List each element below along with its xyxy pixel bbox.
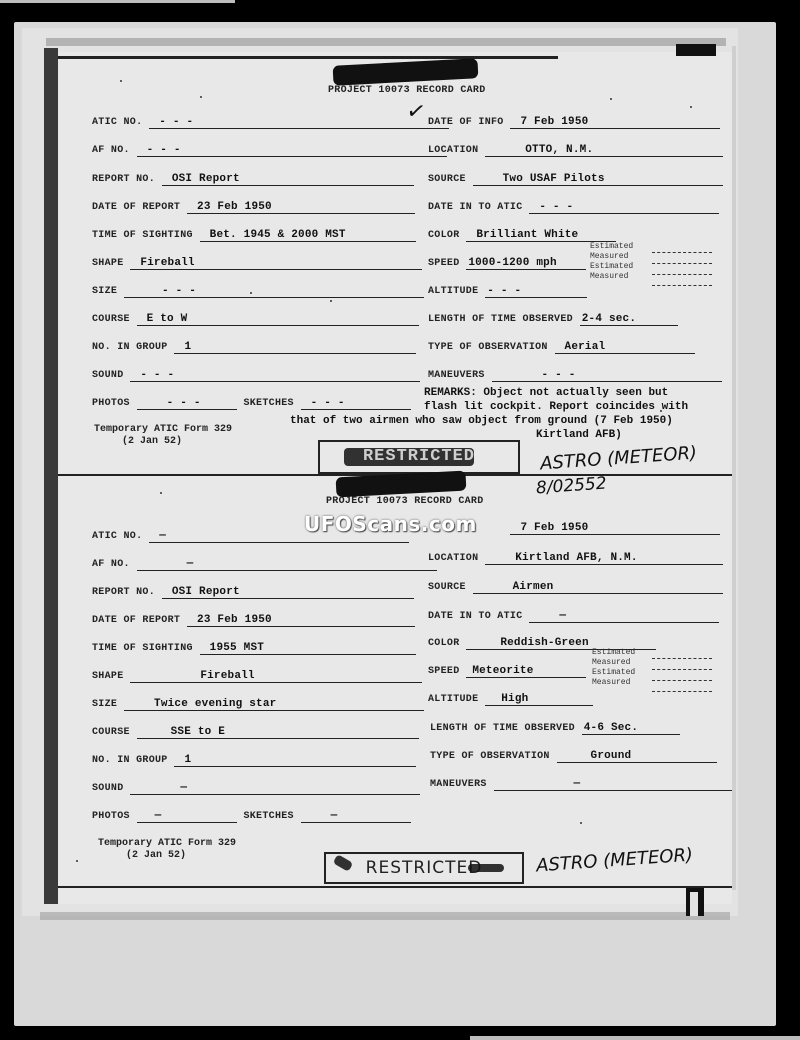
scan-speck: [250, 292, 252, 294]
qualifier-label: Estimated: [590, 242, 633, 252]
project-title: PROJECT 10073 RECORD CARD: [328, 85, 486, 96]
field-value: - - -: [147, 397, 201, 409]
field-label: SIZE: [92, 699, 117, 710]
form-identifier: Temporary ATIC Form 329 (2 Jan 52): [98, 838, 236, 862]
field-value: —: [311, 810, 338, 822]
field-course: COURSE SSE to E: [92, 726, 419, 739]
restricted-stamp: RESTRICTED: [318, 440, 520, 474]
field-altitude: ALTITUDE High: [428, 693, 593, 706]
field-label: MANEUVERS: [430, 779, 487, 790]
remarks-line: Object not actually seen but: [483, 387, 668, 399]
field-value: Brilliant White: [476, 229, 578, 241]
binding-edge: [44, 48, 58, 904]
field-label: ALTITUDE: [428, 694, 478, 705]
top-rule: [58, 56, 558, 59]
project-title: PROJECT 10073 RECORD CARD: [326, 496, 484, 507]
field-source: SOURCE Two USAF Pilots: [428, 173, 723, 186]
field-label: REPORT NO.: [92, 587, 155, 598]
form-date: (2 Jan 52): [98, 850, 236, 862]
field-value: 7 Feb 1950: [520, 522, 588, 534]
scan-speck: [580, 822, 582, 824]
field-value: —: [147, 558, 194, 570]
field-shape: SHAPE Fireball: [92, 670, 422, 683]
field-date-in-to-atic: DATE IN TO ATIC —: [428, 610, 719, 623]
card-bottom-rule: [58, 886, 732, 888]
qualifier-label: Measured: [592, 678, 635, 688]
scan-speck: [660, 410, 662, 412]
scan-speck: [690, 106, 692, 108]
field-label: SPEED: [428, 258, 460, 269]
bottom-tab: [686, 886, 704, 916]
field-date-of-report: DATE OF REPORT 23 Feb 1950: [92, 201, 415, 214]
field-atic-no: ATIC NO. - - -: [92, 116, 449, 129]
field-photos: PHOTOS — SKETCHES —: [92, 810, 411, 823]
field-value: 2-4 sec.: [582, 313, 636, 325]
qualifier-label: Measured: [592, 658, 635, 668]
field-value: 1955 MST: [210, 642, 264, 654]
field-label: DATE IN TO ATIC: [428, 611, 523, 622]
field-location: LOCATION Kirtland AFB, N.M.: [428, 552, 723, 565]
field-value: - - -: [502, 369, 576, 381]
field-value: - - -: [159, 116, 193, 128]
field-no-in-group: NO. IN GROUP 1: [92, 341, 416, 354]
field-value: Bet. 1945 & 2000 MST: [210, 229, 346, 241]
qualifier-label: Estimated: [590, 262, 633, 272]
field-value: - - -: [487, 285, 521, 297]
field-label: ALTITUDE: [428, 286, 478, 297]
field-label: MANEUVERS: [428, 370, 485, 381]
field-time-of-sighting: TIME OF SIGHTING Bet. 1945 & 2000 MST: [92, 229, 416, 242]
field-photos: PHOTOS - - - SKETCHES - - -: [92, 397, 411, 410]
field-label: COLOR: [428, 230, 460, 241]
field-af-no: AF NO. —: [92, 558, 437, 571]
field-label: REPORT NO.: [92, 174, 155, 185]
field-label: PHOTOS: [92, 811, 130, 822]
field-value: 7 Feb 1950: [520, 116, 588, 128]
field-label: DATE OF REPORT: [92, 202, 180, 213]
field-time-of-sighting: TIME OF SIGHTING 1955 MST: [92, 642, 416, 655]
form-date: (2 Jan 52): [94, 436, 232, 448]
field-no-in-group: NO. IN GROUP 1: [92, 754, 416, 767]
scan-speck: [76, 860, 78, 862]
field-value: Fireball: [140, 670, 254, 682]
field-label: SHAPE: [92, 258, 124, 269]
field-value: Kirtland AFB, N.M.: [495, 552, 637, 564]
qualifier-lines: [652, 648, 712, 692]
field-label: TYPE OF OBSERVATION: [430, 751, 550, 762]
field-value: OSI Report: [172, 173, 240, 185]
field-date-in-to-atic: DATE IN TO ATIC - - -: [428, 201, 719, 214]
field-value: E to W: [147, 313, 188, 325]
field-sound: SOUND - - -: [92, 369, 420, 382]
remarks-label: REMARKS:: [424, 387, 477, 399]
speed-altitude-qualifiers: Estimated Measured Estimated Measured: [590, 242, 633, 282]
stamp-text: RESTRICTED: [363, 447, 475, 466]
field-label: SKETCHES: [243, 398, 293, 409]
scan-speck: [160, 492, 162, 494]
field-value: OTTO, N.M.: [495, 144, 593, 156]
scan-edge-strip: [470, 1036, 800, 1040]
field-type-of-observation: TYPE OF OBSERVATION Ground: [430, 750, 717, 763]
field-value: Meteorite: [472, 665, 533, 677]
field-value: Ground: [567, 750, 632, 762]
field-length-of-time-observed: LENGTH OF TIME OBSERVED 4-6 Sec.: [430, 722, 680, 735]
field-label: TYPE OF OBSERVATION: [428, 342, 548, 353]
remarks-block: REMARKS: Object not actually seen but fl…: [424, 386, 688, 414]
field-date-of-info: DATE OF INFO 7 Feb 1950: [428, 116, 720, 129]
fold-edge: [732, 46, 736, 890]
field-value: - - -: [134, 285, 196, 297]
scan-edge-strip: [0, 0, 235, 3]
field-label: TIME OF SIGHTING: [92, 230, 193, 241]
field-report-no: REPORT NO. OSI Report: [92, 586, 414, 599]
field-label: DATE IN TO ATIC: [428, 202, 523, 213]
field-label: AF NO.: [92, 559, 130, 570]
field-value: SSE to E: [147, 726, 225, 738]
field-value: - - -: [140, 369, 174, 381]
field-course: COURSE E to W: [92, 313, 419, 326]
field-label: PHOTOS: [92, 398, 130, 409]
field-speed: SPEED Meteorite: [428, 665, 586, 678]
field-value: - - -: [147, 144, 181, 156]
scan-speck: [330, 300, 332, 302]
field-maneuvers: MANEUVERS - - -: [428, 369, 722, 382]
field-value: —: [539, 610, 566, 622]
field-label: SOUND: [92, 370, 124, 381]
field-speed: SPEED 1000-1200 mph: [428, 257, 586, 270]
field-label: AF NO.: [92, 145, 130, 156]
field-location: LOCATION OTTO, N.M.: [428, 144, 723, 157]
field-value: Two USAF Pilots: [483, 173, 605, 185]
field-label: NO. IN GROUP: [92, 755, 168, 766]
field-shape: SHAPE Fireball: [92, 257, 422, 270]
scan-speck: [610, 98, 612, 100]
field-type-of-observation: TYPE OF OBSERVATION Aerial: [428, 341, 695, 354]
field-label: SIZE: [92, 286, 117, 297]
field-value: Twice evening star: [134, 698, 276, 710]
field-value: 23 Feb 1950: [197, 201, 272, 213]
speed-altitude-qualifiers: Estimated Measured Estimated Measured: [592, 648, 635, 688]
field-label: NO. IN GROUP: [92, 342, 168, 353]
field-value: —: [504, 778, 581, 790]
stamp-text: RESTRICTED: [366, 858, 483, 878]
qualifier-lines: [652, 242, 712, 286]
field-label: LENGTH OF TIME OBSERVED: [428, 314, 573, 325]
field-label: SKETCHES: [243, 811, 293, 822]
field-date-of-info: DATE OF INFO 7 Feb 1950: [428, 522, 720, 535]
field-value: - - -: [311, 397, 345, 409]
field-altitude: ALTITUDE - - -: [428, 285, 587, 298]
remarks-line: Kirtland AFB): [536, 428, 622, 442]
field-label: LENGTH OF TIME OBSERVED: [430, 723, 575, 734]
field-label: LOCATION: [428, 553, 478, 564]
field-value: Aerial: [565, 341, 606, 353]
field-atic-no: ATIC NO. —: [92, 530, 409, 543]
field-value: 23 Feb 1950: [197, 614, 272, 626]
field-maneuvers: MANEUVERS —: [430, 778, 732, 791]
scan-speck: [120, 80, 122, 82]
restricted-stamp: RESTRICTED: [324, 852, 524, 884]
field-color: COLOR Brilliant White: [428, 229, 616, 242]
field-value: 1: [184, 754, 191, 766]
field-label: SOUND: [92, 783, 124, 794]
field-value: Reddish-Green: [476, 637, 588, 649]
field-label: DATE OF REPORT: [92, 615, 180, 626]
field-value: - - -: [539, 201, 573, 213]
field-label: ATIC NO.: [92, 117, 142, 128]
qualifier-label: Measured: [590, 272, 633, 282]
form-identifier: Temporary ATIC Form 329 (2 Jan 52): [94, 424, 232, 448]
scan-speck: [200, 96, 202, 98]
qualifier-label: Estimated: [592, 648, 635, 658]
field-af-no: AF NO. - - -: [92, 144, 447, 157]
form-name: Temporary ATIC Form 329: [94, 424, 232, 436]
field-label: TIME OF SIGHTING: [92, 643, 193, 654]
field-value: —: [140, 782, 187, 794]
field-value: Fireball: [140, 257, 194, 269]
field-label: SOURCE: [428, 174, 466, 185]
qualifier-label: Estimated: [592, 668, 635, 678]
field-label: SPEED: [428, 666, 460, 677]
field-value: 4-6 Sec.: [584, 722, 638, 734]
field-value: —: [147, 810, 162, 822]
field-value: Airmen: [483, 581, 554, 593]
field-label: LOCATION: [428, 145, 478, 156]
field-label: COURSE: [92, 727, 130, 738]
qualifier-label: Measured: [590, 252, 633, 262]
field-label: COURSE: [92, 314, 130, 325]
corner-mark: [676, 44, 716, 56]
field-report-no: REPORT NO. OSI Report: [92, 173, 414, 186]
field-label: ATIC NO.: [92, 531, 142, 542]
field-label: DATE OF INFO: [428, 117, 504, 128]
field-size: SIZE Twice evening star: [92, 698, 424, 711]
remarks-line: flash lit cockpit. Report coincides with: [424, 400, 688, 414]
field-size: SIZE - - -: [92, 285, 424, 298]
field-value: OSI Report: [172, 586, 240, 598]
field-sound: SOUND —: [92, 782, 420, 795]
mount-shadow: [40, 912, 730, 920]
field-label: COLOR: [428, 638, 460, 649]
field-length-of-time-observed: LENGTH OF TIME OBSERVED 2-4 sec.: [428, 313, 678, 326]
form-name: Temporary ATIC Form 329: [98, 838, 236, 850]
field-label: SHAPE: [92, 671, 124, 682]
field-label: SOURCE: [428, 582, 466, 593]
field-date-of-report: DATE OF REPORT 23 Feb 1950: [92, 614, 415, 627]
field-value: 1000-1200 mph: [468, 257, 556, 269]
field-value: —: [159, 530, 166, 542]
field-source: SOURCE Airmen: [428, 581, 723, 594]
field-value: 1: [184, 341, 191, 353]
remarks-line: that of two airmen who saw object from g…: [290, 414, 673, 428]
field-value: High: [501, 693, 528, 705]
mount-shadow: [46, 38, 726, 46]
